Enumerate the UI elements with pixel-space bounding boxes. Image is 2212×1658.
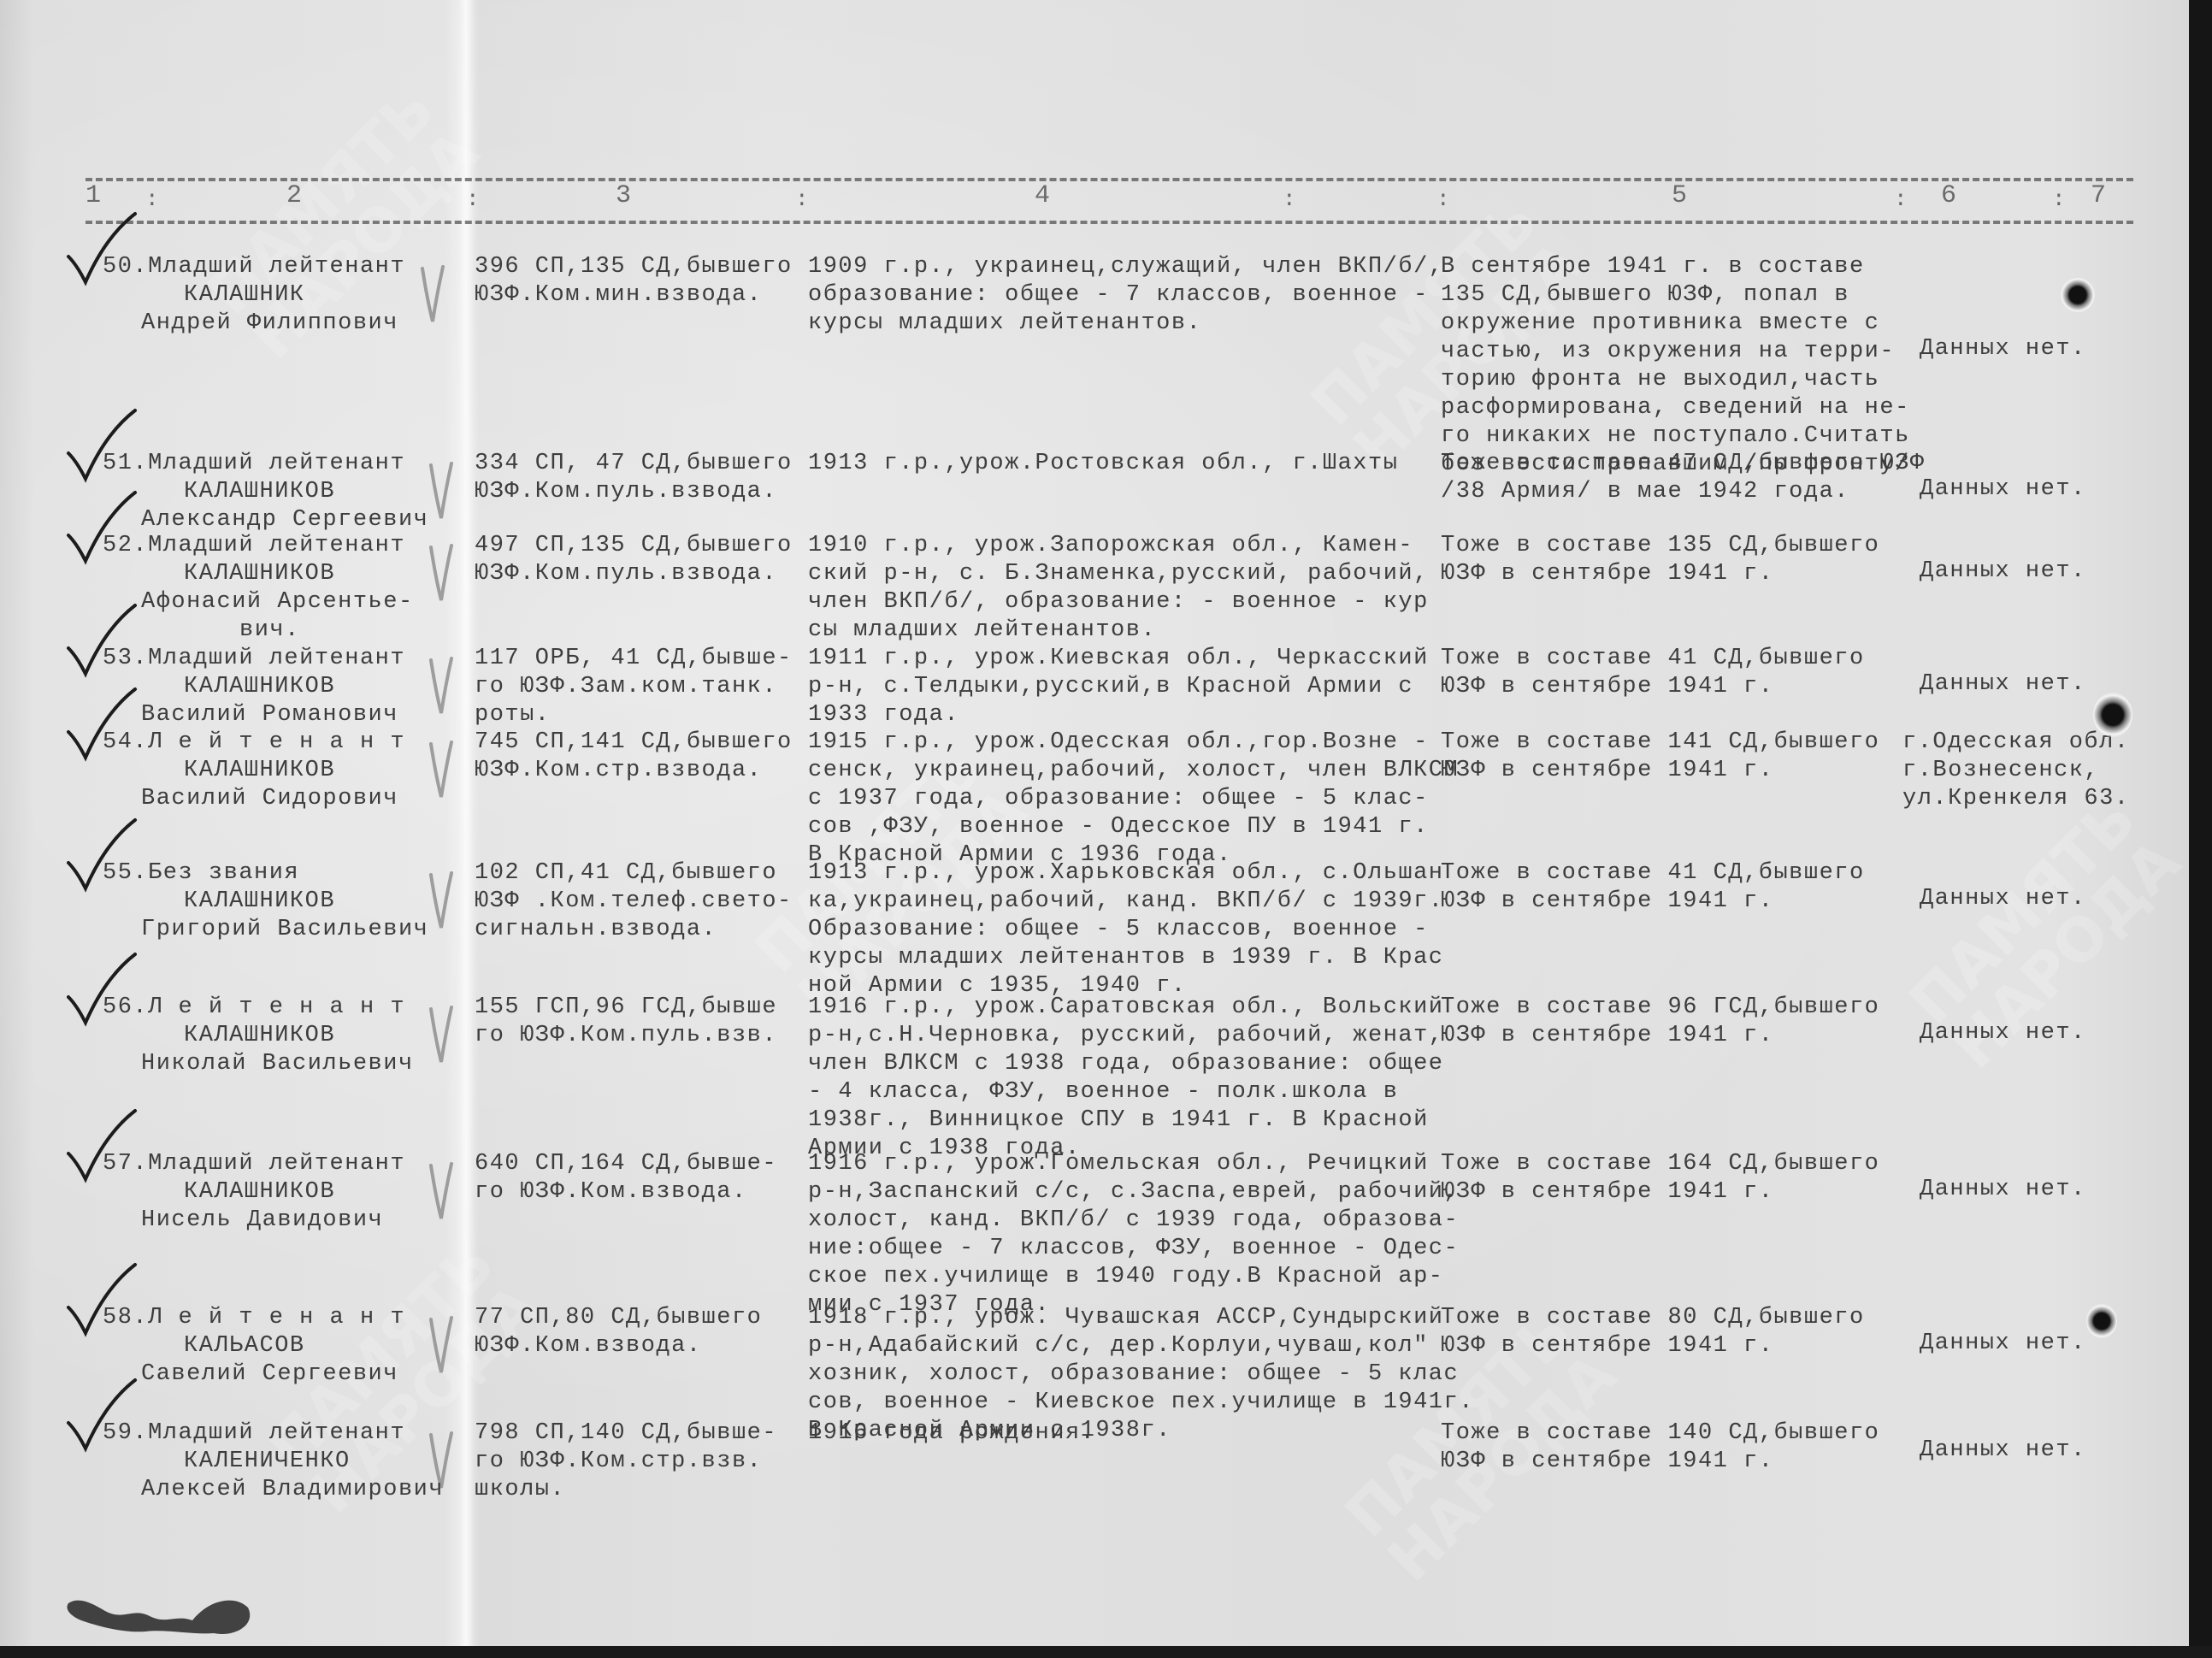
biography-line: сы младших лейтенантов. bbox=[808, 617, 1429, 645]
person-block: 55.Без званияКАЛАШНИКОВГригорий Васильев… bbox=[103, 859, 428, 944]
loss-circumstances-line: Тоже в составе 140 СД,бывшего bbox=[1441, 1419, 1879, 1448]
record-number: 50 bbox=[103, 254, 133, 280]
biography: 1915 г.р., урож.Одесская обл.,гор.Возне … bbox=[808, 729, 1459, 870]
biography-line: образование: общее - 7 классов, военное … bbox=[808, 281, 1444, 310]
unit-position-line: ЮЗФ.Ком.пуль.взвода. bbox=[475, 560, 793, 588]
relatives-info: г.Одесская обл.г.Вознесенск,ул.Кренкеля … bbox=[1902, 729, 2130, 813]
loss-circumstances: В сентябре 1941 г. в составе135 СД,бывше… bbox=[1441, 253, 1910, 479]
relatives-info: Данных нет. bbox=[1920, 1330, 2086, 1358]
biography-line: р-н, с.Телдыки,русский,в Красной Армии с bbox=[808, 673, 1429, 701]
biography-line: 1911 г.р., урож.Киевская обл., Черкасски… bbox=[808, 645, 1429, 673]
biography-line: сенск, украинец,рабочий, холост, член ВЛ… bbox=[808, 757, 1459, 785]
biography-line: р-н,с.Н.Черновка, русский, рабочий, жена… bbox=[808, 1022, 1444, 1050]
biography-line: курсы младших лейтенантов в 1939 г. В Кр… bbox=[808, 944, 1444, 972]
biography-line: 1910 г.р., урож.Запорожская обл., Камен- bbox=[808, 532, 1429, 560]
unit-position: 334 СП, 47 СД,бывшегоЮЗФ.Ком.пуль.взвода… bbox=[475, 450, 793, 506]
loss-circumstances: Тоже в составе 41 СД,бывшегоЮЗФ в сентяб… bbox=[1441, 859, 1865, 916]
biography-line: 1916 года рождения. bbox=[808, 1419, 1095, 1448]
column-number-2: 2 bbox=[286, 181, 302, 210]
unit-position-line: 117 ОРБ, 41 СД,бывше- bbox=[475, 645, 793, 673]
scan-border-bottom bbox=[0, 1646, 2212, 1658]
unit-position-line: ЮЗФ .Ком.телеф.свето- bbox=[475, 888, 793, 916]
biography-line: 1916 г.р., урож.Саратовская обл., Вольск… bbox=[808, 994, 1444, 1022]
column-separator: : bbox=[145, 186, 159, 212]
unit-position: 798 СП,140 СД,бывше-го ЮЗФ.Ком.стр.взв.ш… bbox=[475, 1419, 777, 1504]
record-number: 53 bbox=[103, 646, 133, 671]
unit-position-line: 640 СП,164 СД,бывше- bbox=[475, 1150, 777, 1178]
relatives-info-line: Данных нет. bbox=[1920, 1176, 2086, 1204]
loss-circumstances-line: Тоже в составе 96 ГСД,бывшего bbox=[1441, 994, 1879, 1022]
pencil-tick-icon bbox=[428, 657, 453, 717]
loss-circumstances: Тоже в составе 135 СД,бывшегоЮЗФ в сентя… bbox=[1441, 532, 1879, 588]
column-number-3: 3 bbox=[616, 181, 631, 210]
unit-position: 640 СП,164 СД,бывше-го ЮЗФ.Ком.взвода. bbox=[475, 1150, 777, 1207]
loss-circumstances-line: В сентябре 1941 г. в составе bbox=[1441, 253, 1910, 281]
loss-circumstances-line: /38 Армия/ в мае 1942 года. bbox=[1441, 478, 1925, 506]
header-rule-top bbox=[86, 178, 2133, 181]
unit-position-line: сигнальн.взвода. bbox=[475, 916, 793, 944]
biography: 1916 г.р., урож.Гомельская обл., Речицки… bbox=[808, 1150, 1459, 1319]
biography-line: Образование: общее - 5 классов, военное … bbox=[808, 916, 1444, 944]
given-names: Нисель Давидович bbox=[103, 1207, 405, 1235]
given-names: Василий Сидорович bbox=[103, 785, 405, 813]
surname: КАЛАШНИК bbox=[103, 281, 405, 310]
given-names: Григорий Васильевич bbox=[103, 916, 428, 944]
surname: КАЛАШНИКОВ bbox=[103, 560, 414, 588]
loss-circumstances-line: Тоже в составе 164 СД,бывшего bbox=[1441, 1150, 1879, 1178]
surname: КАЛАШНИКОВ bbox=[103, 1022, 414, 1050]
unit-position-line: 745 СП,141 СД,бывшего bbox=[475, 729, 793, 757]
unit-position-line: 334 СП, 47 СД,бывшего bbox=[475, 450, 793, 478]
surname: КАЛЕНИЧЕНКО bbox=[103, 1448, 444, 1476]
rank: Младший лейтенант bbox=[148, 533, 405, 558]
biography-line: сов ,ФЗУ, военное - Одесское ПУ в 1941 г… bbox=[808, 813, 1459, 841]
biography-line: член ВЛКСМ с 1938 года, образование: общ… bbox=[808, 1050, 1444, 1078]
biography-line: 1916 г.р., урож.Гомельская обл., Речицки… bbox=[808, 1150, 1459, 1178]
header-rule-bottom bbox=[86, 221, 2133, 224]
person-block: 59.Младший лейтенантКАЛЕНИЧЕНКОАлексей В… bbox=[103, 1419, 444, 1504]
unit-position-line: 798 СП,140 СД,бывше- bbox=[475, 1419, 777, 1448]
document-page: ПАМЯТЬ НАРОДА ПАМЯТЬ НАРОДА ПАМЯТЬ НАРОД… bbox=[0, 0, 2189, 1646]
column-number-5: 5 bbox=[1672, 181, 1687, 210]
biography: 1913 г.р.,урож.Ростовская обл., г.Шахты bbox=[808, 450, 1398, 478]
record-number: 54 bbox=[103, 729, 133, 755]
unit-position: 77 СП,80 СД,бывшегоЮЗФ.Ком.взвода. bbox=[475, 1304, 762, 1360]
punch-hole bbox=[2086, 1304, 2117, 1338]
loss-circumstances: Тоже в составе 141 СД,бывшегоЮЗФ в сентя… bbox=[1441, 729, 1879, 785]
loss-circumstances-line: ЮЗФ в сентябре 1941 г. bbox=[1441, 1448, 1879, 1476]
biography-line: с 1937 года, образование: общее - 5 клас… bbox=[808, 785, 1459, 813]
rank: Младший лейтенант bbox=[148, 451, 405, 476]
pencil-tick-icon bbox=[428, 544, 453, 604]
relatives-info: Данных нет. bbox=[1920, 558, 2086, 586]
record-number: 52 bbox=[103, 533, 133, 558]
given-names: Василий Романович bbox=[103, 701, 405, 729]
given-names: Савелий Сергеевич bbox=[103, 1360, 405, 1389]
biography-line: ка,украинец,рабочий, канд. ВКП/б/ с 1939… bbox=[808, 888, 1444, 916]
biography-line: ский р-н, с. Б.Знаменка,русский, рабочий… bbox=[808, 560, 1429, 588]
relatives-info-line: г.Вознесенск, bbox=[1902, 757, 2130, 785]
given-names: Афонасий Арсентье- bbox=[103, 588, 414, 617]
pencil-tick-icon bbox=[428, 1006, 453, 1065]
biography-line: 1915 г.р., урож.Одесская обл.,гор.Возне … bbox=[808, 729, 1459, 757]
column-separator: : bbox=[1283, 186, 1296, 212]
unit-position-line: 497 СП,135 СД,бывшего bbox=[475, 532, 793, 560]
loss-circumstances: Тоже в составе 96 ГСД,бывшегоЮЗФ в сентя… bbox=[1441, 994, 1879, 1050]
record-number: 56 bbox=[103, 994, 133, 1020]
column-separator: : bbox=[1436, 186, 1450, 212]
biography-line: 1913 г.р.,урож.Ростовская обл., г.Шахты bbox=[808, 450, 1398, 478]
biography-line: член ВКП/б/, образование: - военное - ку… bbox=[808, 588, 1429, 617]
unit-position-line: 77 СП,80 СД,бывшего bbox=[475, 1304, 762, 1332]
record-number: 55 bbox=[103, 860, 133, 886]
unit-position-line: го ЮЗФ.Зам.ком.танк. bbox=[475, 673, 793, 701]
relatives-info: Данных нет. bbox=[1920, 1176, 2086, 1204]
unit-position-line: 102 СП,41 СД,бывшего bbox=[475, 859, 793, 888]
loss-circumstances-line: 135 СД,бывшего ЮЗФ, попал в bbox=[1441, 281, 1910, 310]
record-number: 59 bbox=[103, 1420, 133, 1446]
given-names-continued: вич. bbox=[103, 617, 414, 645]
rank: Л е й т е н а н т bbox=[148, 1305, 405, 1331]
pencil-tick-icon bbox=[428, 871, 453, 931]
surname: КАЛАШНИКОВ bbox=[103, 888, 428, 916]
relatives-info-line: Данных нет. bbox=[1920, 1330, 2086, 1358]
unit-position-line: ЮЗФ.Ком.стр.взвода. bbox=[475, 757, 793, 785]
pencil-tick-icon bbox=[428, 740, 453, 800]
biography-line: 1933 года. bbox=[808, 701, 1429, 729]
relatives-info-line: Данных нет. bbox=[1920, 1019, 2086, 1047]
loss-circumstances-line: Тоже в составе 47 СД,бывшего ЮЗФ bbox=[1441, 450, 1925, 478]
relatives-info-line: ул.Кренкеля 63. bbox=[1902, 785, 2130, 813]
given-names: Андрей Филиппович bbox=[103, 310, 405, 338]
unit-position-line: 155 ГСП,96 ГСД,бывше bbox=[475, 994, 777, 1022]
column-number-6: 6 bbox=[1941, 181, 1956, 210]
person-block: 50.Младший лейтенантКАЛАШНИКАндрей Филип… bbox=[103, 253, 405, 338]
relatives-info: Данных нет. bbox=[1920, 1437, 2086, 1465]
loss-circumstances-line: Тоже в составе 141 СД,бывшего bbox=[1441, 729, 1879, 757]
column-separator: : bbox=[2052, 186, 2066, 212]
person-block: 54.Л е й т е н а н тКАЛАШНИКОВВасилий Си… bbox=[103, 729, 405, 813]
loss-circumstances-line: ЮЗФ в сентябре 1941 г. bbox=[1441, 757, 1879, 785]
loss-circumstances-line: ЮЗФ в сентябре 1941 г. bbox=[1441, 1022, 1879, 1050]
loss-circumstances: Тоже в составе 41 СД,бывшегоЮЗФ в сентяб… bbox=[1441, 645, 1865, 701]
column-separator: : bbox=[1894, 186, 1908, 212]
relatives-info-line: г.Одесская обл. bbox=[1902, 729, 2130, 757]
unit-position-line: ЮЗФ.Ком.взвода. bbox=[475, 1332, 762, 1360]
unit-position-line: ЮЗФ.Ком.мин.взвода. bbox=[475, 281, 793, 310]
column-number-7: 7 bbox=[2091, 181, 2106, 210]
pencil-tick-icon bbox=[428, 462, 453, 522]
biography: 1909 г.р., украинец,служащий, член ВКП/б… bbox=[808, 253, 1444, 338]
surname: КАЛАШНИКОВ bbox=[103, 1178, 405, 1207]
rank: Младший лейтенант bbox=[148, 254, 405, 280]
loss-circumstances-line: Тоже в составе 41 СД,бывшего bbox=[1441, 645, 1865, 673]
loss-circumstances-line: ЮЗФ в сентябре 1941 г. bbox=[1441, 673, 1865, 701]
relatives-info-line: Данных нет. bbox=[1920, 670, 2086, 699]
unit-position: 745 СП,141 СД,бывшегоЮЗФ.Ком.стр.взвода. bbox=[475, 729, 793, 785]
loss-circumstances: Тоже в составе 140 СД,бывшегоЮЗФ в сентя… bbox=[1441, 1419, 1879, 1476]
relatives-info-line: Данных нет. bbox=[1920, 885, 2086, 913]
person-block: 51.Младший лейтенантКАЛАШНИКОВАлександр … bbox=[103, 450, 428, 534]
unit-position: 497 СП,135 СД,бывшегоЮЗФ.Ком.пуль.взвода… bbox=[475, 532, 793, 588]
column-number-4: 4 bbox=[1035, 181, 1050, 210]
loss-circumstances-line: ЮЗФ в сентябре 1941 г. bbox=[1441, 1332, 1865, 1360]
rank: Л е й т е н а н т bbox=[148, 994, 405, 1020]
scan-border-right bbox=[2189, 0, 2212, 1658]
rank: Л е й т е н а н т bbox=[148, 729, 405, 755]
biography-line: - 4 класса, ФЗУ, военное - полк.школа в bbox=[808, 1078, 1444, 1106]
biography-line: холост, канд. ВКП/б/ с 1939 года, образо… bbox=[808, 1207, 1459, 1235]
loss-circumstances-line: ЮЗФ в сентябре 1941 г. bbox=[1441, 888, 1865, 916]
punch-hole bbox=[2093, 693, 2132, 737]
relatives-info-line: Данных нет. bbox=[1920, 335, 2086, 363]
rank: Младший лейтенант bbox=[148, 1151, 405, 1177]
unit-position-line: ЮЗФ.Ком.пуль.взвода. bbox=[475, 478, 793, 506]
punch-hole bbox=[2061, 278, 2095, 312]
biography-line: ние:общее - 7 классов, ФЗУ, военное - Од… bbox=[808, 1235, 1459, 1263]
unit-position: 155 ГСП,96 ГСД,бывшего ЮЗФ.Ком.пуль.взв. bbox=[475, 994, 777, 1050]
biography-line: курсы младших лейтенантов. bbox=[808, 310, 1444, 338]
relatives-info-line: Данных нет. bbox=[1920, 475, 2086, 504]
biography-line: 1938г., Винницкое СПУ в 1941 г. В Красно… bbox=[808, 1106, 1444, 1135]
biography-line: сов, военное - Киевское пех.училище в 19… bbox=[808, 1389, 1474, 1417]
biography-line: 1918 г.р., урож. Чувашская АССР,Сундырск… bbox=[808, 1304, 1474, 1332]
loss-circumstances-line: ЮЗФ в сентябре 1941 г. bbox=[1441, 560, 1879, 588]
loss-circumstances-line: торию фронта не выходил,часть bbox=[1441, 366, 1910, 394]
biography: 1911 г.р., урож.Киевская обл., Черкасски… bbox=[808, 645, 1429, 729]
unit-position: 117 ОРБ, 41 СД,бывше-го ЮЗФ.Зам.ком.танк… bbox=[475, 645, 793, 729]
person-block: 58.Л е й т е н а н тКАЛЬАСОВСавелий Серг… bbox=[103, 1304, 405, 1389]
person-block: 52.Младший лейтенантКАЛАШНИКОВАфонасий А… bbox=[103, 532, 414, 645]
biography-line: р-н,Заспанский с/с, с.Заспа,еврей, рабоч… bbox=[808, 1178, 1459, 1207]
unit-position-line: школы. bbox=[475, 1476, 777, 1504]
record-number: 51 bbox=[103, 451, 133, 476]
loss-circumstances-line: го никаких не поступало.Считать bbox=[1441, 422, 1910, 451]
biography: 1913 г.р., урож.Харьковская обл., с.Ольш… bbox=[808, 859, 1444, 1000]
loss-circumstances-line: окружение противника вместе с bbox=[1441, 310, 1910, 338]
loss-circumstances-line: расформирована, сведений на не- bbox=[1441, 394, 1910, 422]
unit-position-line: го ЮЗФ.Ком.взвода. bbox=[475, 1178, 777, 1207]
unit-position-line: го ЮЗФ.Ком.стр.взв. bbox=[475, 1448, 777, 1476]
relatives-info: Данных нет. bbox=[1920, 670, 2086, 699]
unit-position-line: 396 СП,135 СД,бывшего bbox=[475, 253, 793, 281]
rank: Без звания bbox=[148, 860, 299, 886]
biography-line: 1913 г.р., урож.Харьковская обл., с.Ольш… bbox=[808, 859, 1444, 888]
surname: КАЛАШНИКОВ bbox=[103, 673, 405, 701]
ink-stain bbox=[64, 1582, 261, 1642]
loss-circumstances-line: Тоже в составе 80 СД,бывшего bbox=[1441, 1304, 1865, 1332]
given-names: Александр Сергеевич bbox=[103, 506, 428, 534]
relatives-info: Данных нет. bbox=[1920, 475, 2086, 504]
biography: 1910 г.р., урож.Запорожская обл., Камен-… bbox=[808, 532, 1429, 645]
relatives-info: Данных нет. bbox=[1920, 885, 2086, 913]
person-block: 57.Младший лейтенантКАЛАШНИКОВНисель Дав… bbox=[103, 1150, 405, 1235]
biography-line: ское пех.училище в 1940 году.В Красной а… bbox=[808, 1263, 1459, 1291]
unit-position: 102 СП,41 СД,бывшегоЮЗФ .Ком.телеф.свето… bbox=[475, 859, 793, 944]
column-number-1: 1 bbox=[86, 181, 101, 210]
pencil-tick-icon bbox=[428, 1162, 453, 1222]
biography-line: 1909 г.р., украинец,служащий, член ВКП/б… bbox=[808, 253, 1444, 281]
biography-line: р-н,Адабайский с/с, дер.Корлуи,чуваш,кол… bbox=[808, 1332, 1474, 1360]
rank: Младший лейтенант bbox=[148, 646, 405, 671]
relatives-info-line: Данных нет. bbox=[1920, 558, 2086, 586]
pencil-tick-icon bbox=[428, 1316, 453, 1376]
record-number: 57 bbox=[103, 1151, 133, 1177]
surname: КАЛАШНИКОВ bbox=[103, 757, 405, 785]
column-separator: : bbox=[466, 186, 480, 212]
biography-line: хозник, холост, образование: общее - 5 к… bbox=[808, 1360, 1474, 1389]
surname: КАЛЬАСОВ bbox=[103, 1332, 405, 1360]
record-number: 58 bbox=[103, 1305, 133, 1331]
unit-position: 396 СП,135 СД,бывшегоЮЗФ.Ком.мин.взвода. bbox=[475, 253, 793, 310]
relatives-info-line: Данных нет. bbox=[1920, 1437, 2086, 1465]
rank: Младший лейтенант bbox=[148, 1420, 405, 1446]
given-names: Николай Васильевич bbox=[103, 1050, 414, 1078]
column-separator: : bbox=[795, 186, 809, 212]
relatives-info: Данных нет. bbox=[1920, 1019, 2086, 1047]
biography: 1916 г.р., урож.Саратовская обл., Вольск… bbox=[808, 994, 1444, 1163]
unit-position-line: роты. bbox=[475, 701, 793, 729]
loss-circumstances: Тоже в составе 80 СД,бывшегоЮЗФ в сентяб… bbox=[1441, 1304, 1865, 1360]
person-block: 56.Л е й т е н а н тКАЛАШНИКОВНиколай Ва… bbox=[103, 994, 414, 1078]
loss-circumstances: Тоже в составе 47 СД,бывшего ЮЗФ/38 Арми… bbox=[1441, 450, 1925, 506]
loss-circumstances-line: Тоже в составе 41 СД,бывшего bbox=[1441, 859, 1865, 888]
given-names: Алексей Владимирович bbox=[103, 1476, 444, 1504]
loss-circumstances: Тоже в составе 164 СД,бывшегоЮЗФ в сентя… bbox=[1441, 1150, 1879, 1207]
surname: КАЛАШНИКОВ bbox=[103, 478, 428, 506]
loss-circumstances-line: Тоже в составе 135 СД,бывшего bbox=[1441, 532, 1879, 560]
unit-position-line: го ЮЗФ.Ком.пуль.взв. bbox=[475, 1022, 777, 1050]
loss-circumstances-line: ЮЗФ в сентябре 1941 г. bbox=[1441, 1178, 1879, 1207]
pencil-tick-icon bbox=[419, 265, 445, 325]
person-block: 53.Младший лейтенантКАЛАШНИКОВВасилий Ро… bbox=[103, 645, 405, 729]
biography: 1916 года рождения. bbox=[808, 1419, 1095, 1448]
relatives-info: Данных нет. bbox=[1920, 335, 2086, 363]
loss-circumstances-line: частью, из окружения на терри- bbox=[1441, 338, 1910, 366]
